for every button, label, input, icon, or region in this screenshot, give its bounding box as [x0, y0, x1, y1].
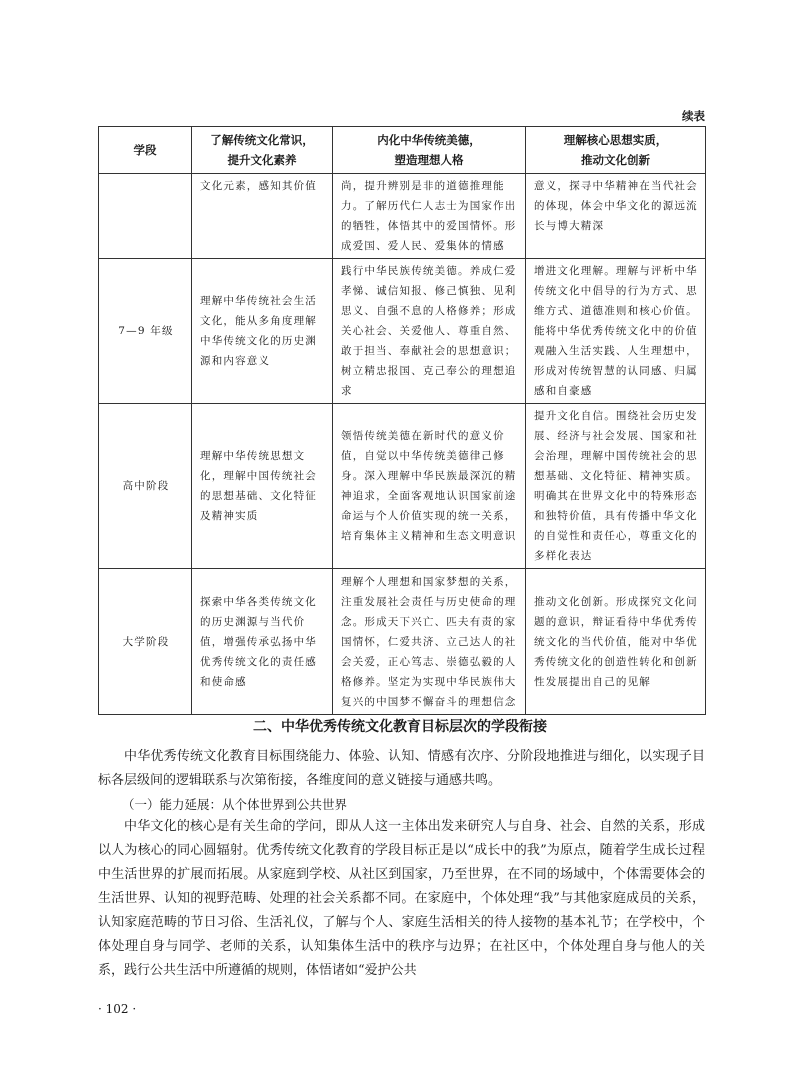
subheading: （一）能力延展：从个体世界到公共世界 — [122, 794, 347, 816]
header-innovation: 理解核心思想实质，推动文化创新 — [526, 127, 706, 174]
education-goals-table: 学段 了解传统文化常识，提升文化素养 内化中华传统美德，塑造理想人格 理解核心思… — [98, 126, 706, 715]
innovation-cell: 推动文化创新。形成探究文化问题的意识，辩证看待中华优秀传统文化的当代价值，能对中… — [526, 569, 706, 715]
page-number: · 102 · — [98, 1002, 136, 1016]
stage-cell: 大学阶段 — [99, 569, 192, 715]
knowledge-cell: 探索中华各类传统文化的历史渊源与当代价值，增强传承弘扬中华优秀传统文化的责任感和… — [192, 569, 333, 715]
continued-table-label: 续表 — [660, 108, 705, 124]
stage-cell: 7—9 年级 — [99, 259, 192, 404]
section-title: 二、中华优秀传统文化教育目标层次的学段衔接 — [0, 716, 800, 736]
table-row: 高中阶段 理解中华传统思想文化，理解中国传统社会的思想基础、文化特征及精神实质 … — [99, 404, 706, 569]
virtue-cell: 领悟传统美德在新时代的意义价值，自觉以中华传统美德律己修身。深入理解中华民族最深… — [333, 404, 526, 569]
header-stage: 学段 — [99, 127, 192, 174]
innovation-cell: 增进文化理解。理解与评析中华传统文化中倡导的行为方式、思维方式、道德准则和核心价… — [526, 259, 706, 404]
virtue-cell: 践行中华民族传统美德。养成仁爱孝悌、诚信知报、修己慎独、见利思义、自强不息的人格… — [333, 259, 526, 404]
innovation-cell: 提升文化自信。围绕社会历史发展、经济与社会发展、国家和社会治理，理解中国传统社会… — [526, 404, 706, 569]
knowledge-cell: 理解中华传统社会生活文化，能从多角度理解中华传统文化的历史渊源和内容意义 — [192, 259, 333, 404]
table-row: 大学阶段 探索中华各类传统文化的历史渊源与当代价值，增强传承弘扬中华优秀传统文化… — [99, 569, 706, 715]
stage-cell — [99, 174, 192, 259]
virtue-cell: 尚，提升辨别是非的道德推理能力。了解历代仁人志士为国家作出的牺牲，体悟其中的爱国… — [333, 174, 526, 259]
body-paragraph: 中华文化的核心是有关生命的学问，即从人这一主体出发来研究人与自身、社会、自然的关… — [98, 815, 705, 983]
innovation-cell: 意义，探寻中华精神在当代社会的体现，体会中华文化的源远流长与博大精深 — [526, 174, 706, 259]
table-header-row: 学段 了解传统文化常识，提升文化素养 内化中华传统美德，塑造理想人格 理解核心思… — [99, 127, 706, 174]
table-row: 7—9 年级 理解中华传统社会生活文化，能从多角度理解中华传统文化的历史渊源和内… — [99, 259, 706, 404]
virtue-cell: 理解个人理想和国家梦想的关系，注重发展社会责任与历史使命的理念。形成天下兴亡、匹… — [333, 569, 526, 715]
table-row: 文化元素，感知其价值 尚，提升辨别是非的道德推理能力。了解历代仁人志士为国家作出… — [99, 174, 706, 259]
header-virtue: 内化中华传统美德，塑造理想人格 — [333, 127, 526, 174]
knowledge-cell: 文化元素，感知其价值 — [192, 174, 333, 259]
intro-paragraph: 中华优秀传统文化教育目标围绕能力、体验、认知、情感有次序、分阶段地推进与细化，以… — [98, 745, 705, 793]
knowledge-cell: 理解中华传统思想文化，理解中国传统社会的思想基础、文化特征及精神实质 — [192, 404, 333, 569]
stage-cell: 高中阶段 — [99, 404, 192, 569]
header-knowledge: 了解传统文化常识，提升文化素养 — [192, 127, 333, 174]
